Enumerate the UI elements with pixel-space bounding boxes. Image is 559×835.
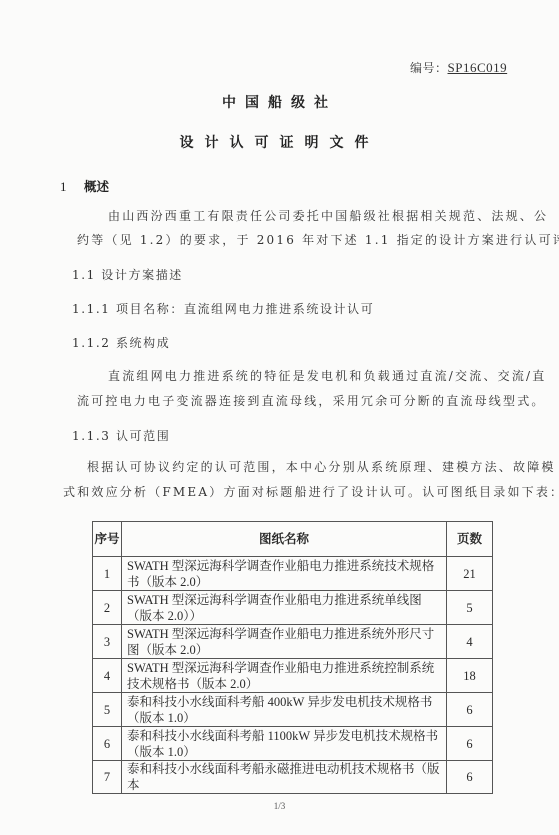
- table-header-row: 序号 图纸名称 页数: [93, 522, 493, 557]
- table-row: 3 SWATH 型深远海科学调查作业船电力推进系统外形尺寸图（版本 2.0） 4: [93, 625, 493, 659]
- section-1-paragraph-line-1: 由山西汾西重工有限责任公司委托中国船级社根据相关规范、法规、公: [108, 207, 548, 224]
- table-row: 7 泰和科技小水线面科考船永磁推进电动机技术规格书（版本 6: [93, 761, 493, 794]
- row-seq: 4: [93, 659, 122, 693]
- row-drawing-name: SWATH 型深远海科学调查作业船电力推进系统控制系统技术规格书（版本 2.0）: [122, 659, 447, 693]
- section-1-1-heading: 1.1 设计方案描述: [72, 266, 183, 283]
- row-seq: 6: [93, 727, 122, 761]
- row-drawing-name: 泰和科技小水线面科考船 1100kW 异步发电机技术规格书（版本 1.0）: [122, 727, 447, 761]
- row-pages: 6: [447, 693, 493, 727]
- table-row: 6 泰和科技小水线面科考船 1100kW 异步发电机技术规格书（版本 1.0） …: [93, 727, 493, 761]
- section-1-number: 1: [60, 179, 84, 195]
- section-1-1-3-paragraph-line-1: 根据认可协议约定的认可范围，本中心分别从系统原理、建模方法、故障模: [87, 458, 556, 475]
- row-drawing-name: SWATH 型深远海科学调查作业船电力推进系统技术规格书（版本 2.0）: [122, 557, 447, 591]
- section-1-1-2-paragraph-line-1: 直流组网电力推进系统的特征是发电机和负载通过直流/交流、交流/直: [108, 367, 547, 384]
- row-pages: 18: [447, 659, 493, 693]
- row-seq: 7: [93, 761, 122, 794]
- section-1-heading: 1概述: [60, 177, 109, 195]
- section-1-paragraph-line-2: 约等（见 1.2）的要求，于 2016 年对下述 1.1 指定的设计方案进行认可…: [77, 231, 559, 248]
- row-seq: 2: [93, 591, 122, 625]
- row-pages: 5: [447, 591, 493, 625]
- section-1-1-3-paragraph-line-2: 式和效应分析（FMEA）方面对标题船进行了设计认可。认可图纸目录如下表：: [63, 483, 559, 500]
- header-pages: 页数: [447, 522, 493, 557]
- section-1-title: 概述: [84, 179, 109, 194]
- organization-title: 中国船级社: [0, 92, 559, 112]
- row-drawing-name: SWATH 型深远海科学调查作业船电力推进系统外形尺寸图（版本 2.0）: [122, 625, 447, 659]
- header-seq: 序号: [93, 522, 122, 557]
- page-indicator: 1/3: [0, 801, 559, 811]
- document-number-value: SP16C019: [448, 60, 508, 75]
- row-seq: 3: [93, 625, 122, 659]
- section-1-1-3-heading: 1.1.3 认可范围: [72, 427, 170, 444]
- row-seq: 5: [93, 693, 122, 727]
- document-number: 编号：SP16C019: [410, 59, 507, 76]
- row-pages: 4: [447, 625, 493, 659]
- row-drawing-name: 泰和科技小水线面科考船 400kW 异步发电机技术规格书（版本 1.0）: [122, 693, 447, 727]
- section-1-1-1-heading: 1.1.1 项目名称：直流组网电力推进系统设计认可: [72, 300, 374, 317]
- row-pages: 6: [447, 761, 493, 794]
- table-row: 2 SWATH 型深远海科学调查作业船电力推进系统单线图（版本 2.0）） 5: [93, 591, 493, 625]
- approved-drawings-table: 序号 图纸名称 页数 1 SWATH 型深远海科学调查作业船电力推进系统技术规格…: [92, 521, 493, 794]
- table-row: 5 泰和科技小水线面科考船 400kW 异步发电机技术规格书（版本 1.0） 6: [93, 693, 493, 727]
- header-drawing-name: 图纸名称: [122, 522, 447, 557]
- row-drawing-name: SWATH 型深远海科学调查作业船电力推进系统单线图（版本 2.0））: [122, 591, 447, 625]
- row-pages: 6: [447, 727, 493, 761]
- row-drawing-name: 泰和科技小水线面科考船永磁推进电动机技术规格书（版本: [122, 761, 447, 794]
- section-1-1-2-paragraph-line-2: 流可控电力电子变流器连接到直流母线，采用冗余可分断的直流母线型式。: [77, 392, 546, 409]
- row-pages: 21: [447, 557, 493, 591]
- table-row: 4 SWATH 型深远海科学调查作业船电力推进系统控制系统技术规格书（版本 2.…: [93, 659, 493, 693]
- section-1-1-2-heading: 1.1.2 系统构成: [72, 334, 170, 351]
- document-title: 设计认可证明文件: [0, 132, 559, 152]
- table-row: 1 SWATH 型深远海科学调查作业船电力推进系统技术规格书（版本 2.0） 2…: [93, 557, 493, 591]
- row-seq: 1: [93, 557, 122, 591]
- document-number-label: 编号：: [410, 61, 448, 75]
